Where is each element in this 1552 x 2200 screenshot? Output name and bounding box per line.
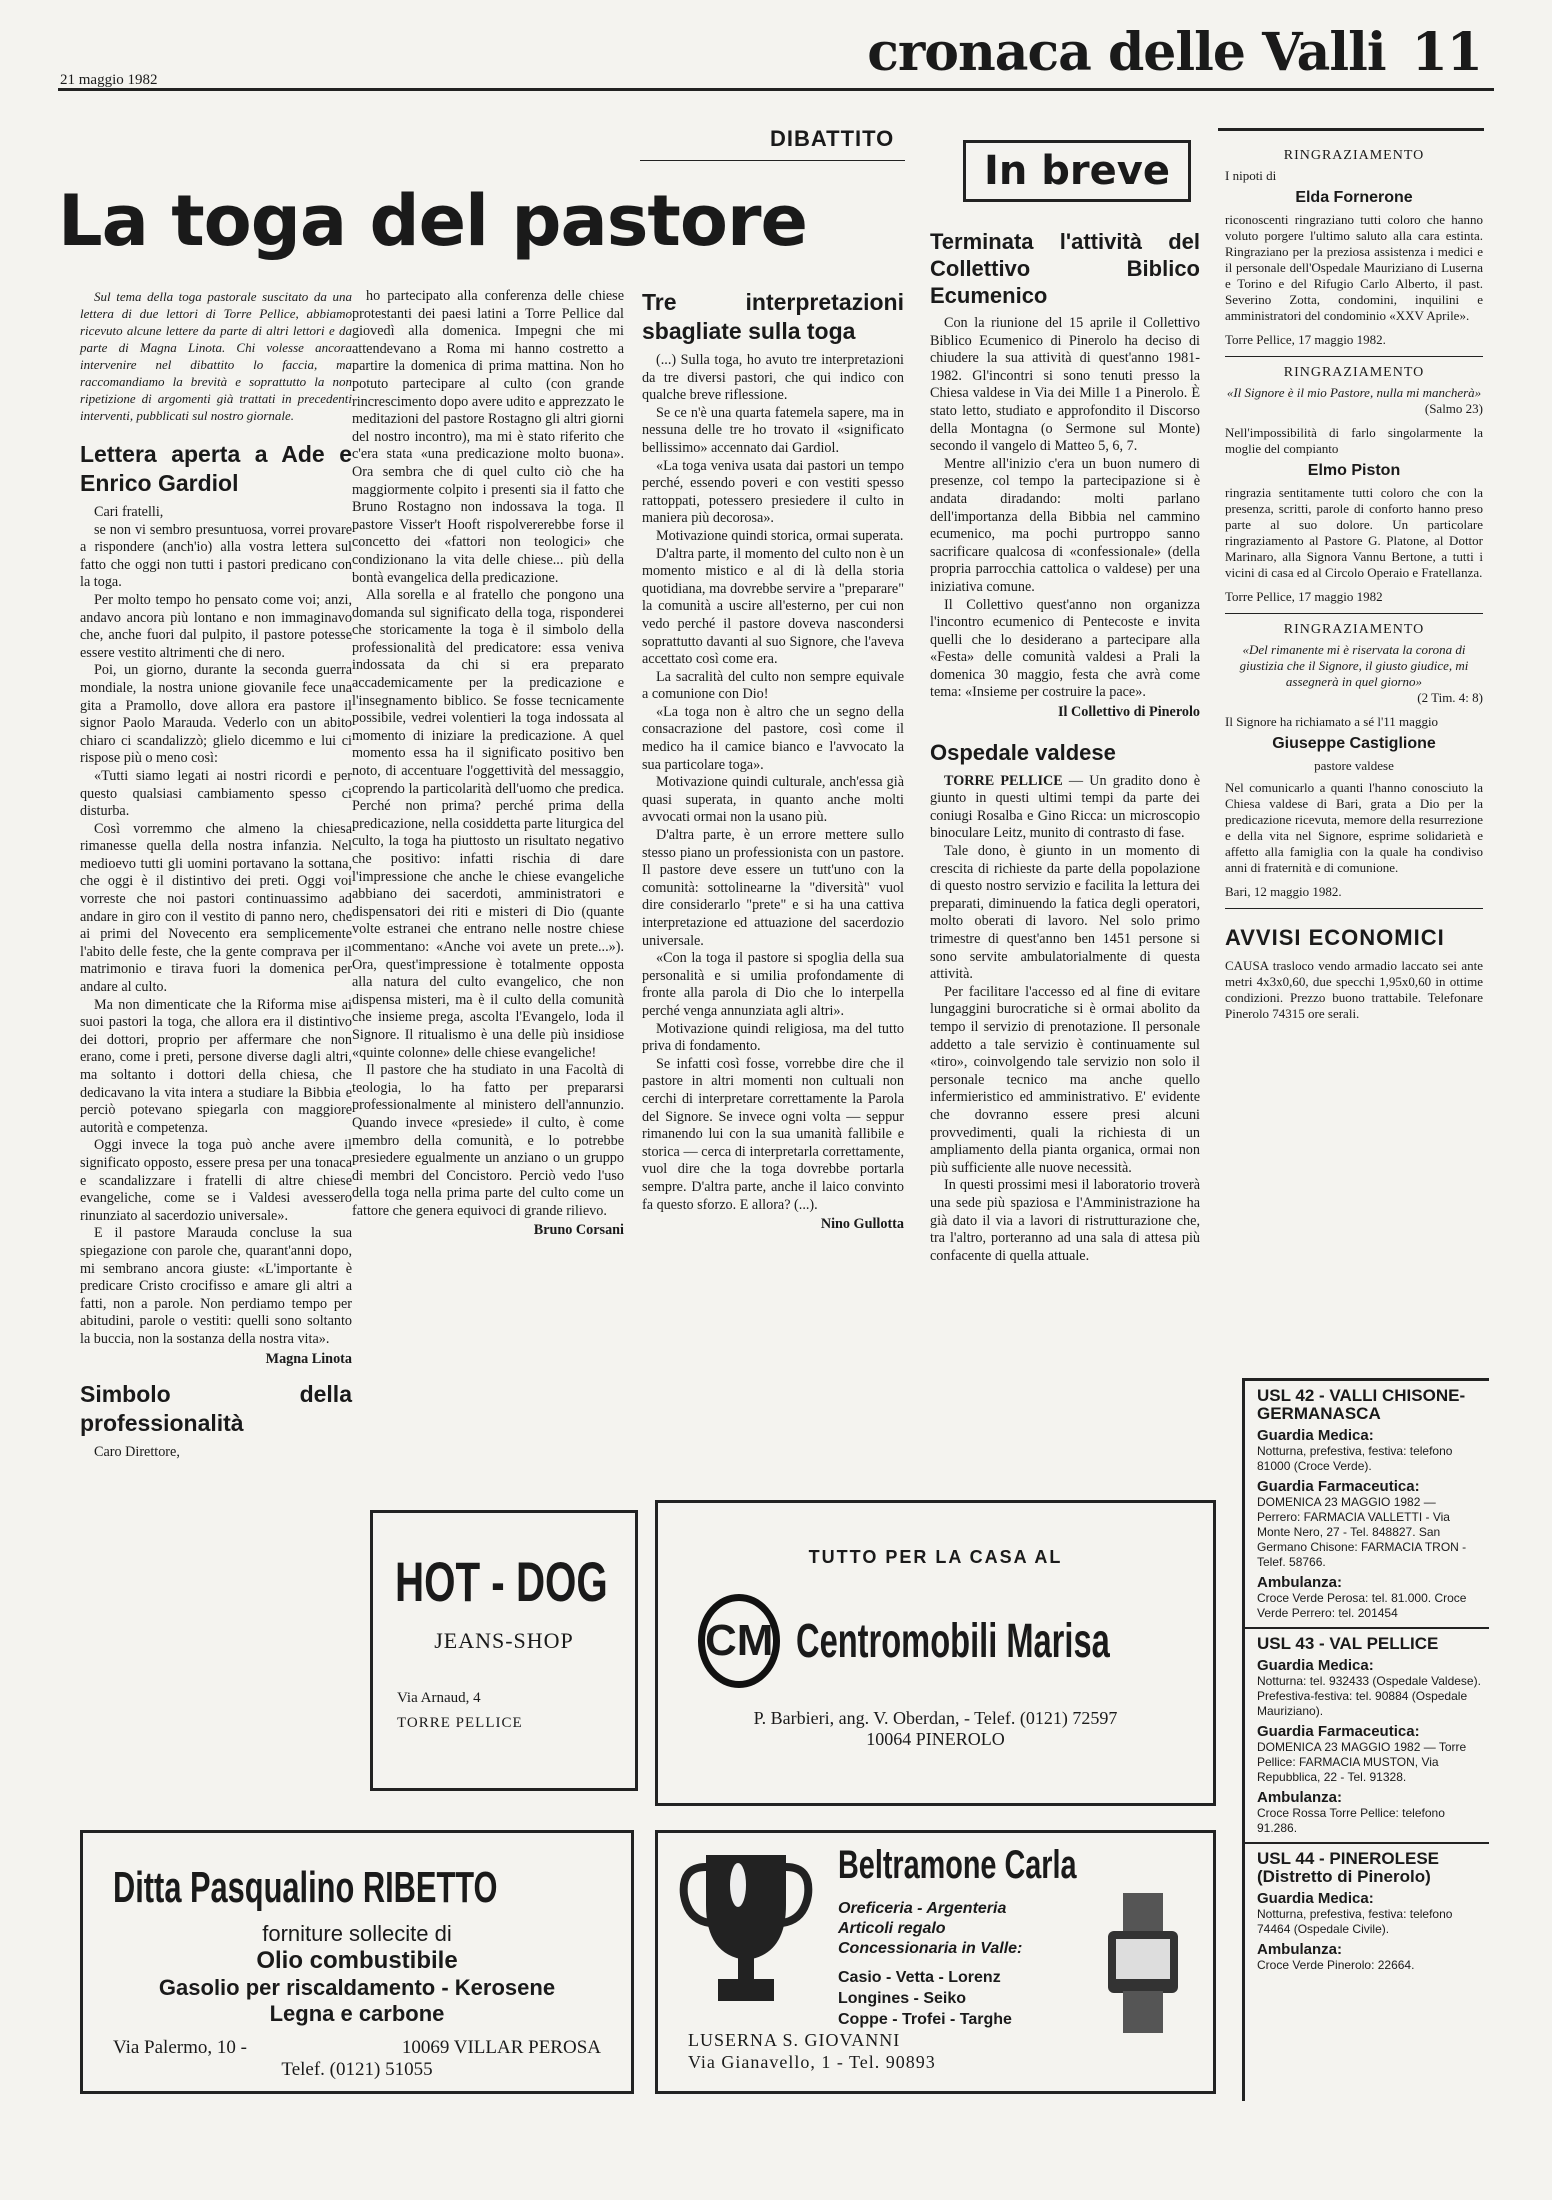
avvisi-title: AVVISI ECONOMICI bbox=[1225, 923, 1483, 952]
paragraph: Se infatti così fosse, vorrebbe dire che… bbox=[642, 1056, 904, 1214]
ringraziamento-intro: Il Signore ha richiamato a sé l'11 maggi… bbox=[1225, 714, 1483, 730]
divider bbox=[1225, 613, 1483, 614]
paragraph: ho partecipato alla conferenza delle chi… bbox=[352, 288, 624, 587]
intro-text: Sul tema della toga pastorale suscitato … bbox=[80, 288, 352, 424]
usl-label: Ambulanza: bbox=[1257, 1941, 1481, 1958]
ringraziamento-intro: Nell'impossibilità di farlo singolarment… bbox=[1225, 425, 1483, 457]
paragraph: Il pastore che ha studiato in una Facolt… bbox=[352, 1062, 624, 1220]
paragraph: Per facilitare l'accesso ed al fine di e… bbox=[930, 984, 1200, 1178]
ringraziamento-1: RINGRAZIAMENTO I nipoti di Elda Forneron… bbox=[1225, 148, 1483, 348]
paragraph: Alla sorella e al fratello che pongono u… bbox=[352, 587, 624, 1062]
paragraph: D'altra parte, il momento del culto non … bbox=[642, 546, 904, 669]
ringraziamento-text: Nel comunicarlo a quanti l'hanno conosci… bbox=[1225, 780, 1483, 876]
section-rule bbox=[640, 160, 905, 161]
paragraph: Tale dono, è giunto in un momento di cre… bbox=[930, 843, 1200, 984]
ad-centromobili-name: Centromobili Marisa bbox=[796, 1614, 1110, 1669]
ad-ribetto-address: Via Palermo, 10 - bbox=[113, 2037, 247, 2059]
ringraziamento-2: RINGRAZIAMENTO «Il Signore è il mio Past… bbox=[1225, 365, 1483, 605]
usl-label: Guardia Medica: bbox=[1257, 1657, 1481, 1674]
trophy-icon bbox=[676, 1845, 816, 2015]
paragraph: «Tutti siamo legati ai nostri ricordi e … bbox=[80, 768, 352, 821]
quote-ref: (Salmo 23) bbox=[1225, 401, 1483, 417]
usl-title: USL 44 - PINEROLESE (Distretto di Pinero… bbox=[1257, 1850, 1481, 1886]
ringraziamento-heading: RINGRAZIAMENTO bbox=[1225, 365, 1483, 381]
ad-centromobili-address: P. Barbieri, ang. V. Oberdan, - Telef. (… bbox=[658, 1708, 1213, 1729]
column-3: Tre interpretazioni sbagliate sulla toga… bbox=[642, 288, 904, 1242]
ad-ribetto-phone: Telef. (0121) 51055 bbox=[83, 2059, 631, 2081]
letter1-title: Lettera aperta a Ade e Enrico Gardiol bbox=[80, 440, 352, 498]
ringraziamento-text: riconoscenti ringraziano tutti coloro ch… bbox=[1225, 212, 1483, 324]
masthead: cronaca delle Valli11 bbox=[867, 22, 1482, 83]
paragraph: Cari fratelli, bbox=[80, 504, 352, 522]
column-ringraziamenti: RINGRAZIAMENTO I nipoti di Elda Forneron… bbox=[1225, 140, 1483, 1022]
paragraph: La sacralità del culto non sempre equiva… bbox=[642, 669, 904, 704]
paragraph: D'altra parte, è un errore mettere sullo… bbox=[642, 827, 904, 950]
column-1: Sul tema della toga pastorale suscitato … bbox=[80, 288, 352, 1462]
column-2: ho partecipato alla conferenza delle chi… bbox=[352, 288, 624, 1248]
ad-hotdog-title: HOT - DOG bbox=[395, 1549, 568, 1614]
usl-text: Notturna: tel. 932433 (Ospedale Valdese)… bbox=[1257, 1674, 1481, 1719]
cm-logo-icon: CM bbox=[698, 1594, 780, 1688]
paragraph: Motivazione quindi religiosa, ma del tut… bbox=[642, 1021, 904, 1056]
usl-label: Guardia Farmaceutica: bbox=[1257, 1478, 1481, 1495]
bible-quote: «Del rimanente mi è riservata la corona … bbox=[1225, 642, 1483, 690]
ringraziamento-heading: RINGRAZIAMENTO bbox=[1225, 148, 1483, 164]
signature: Nino Gullotta bbox=[642, 1216, 904, 1234]
paragraph: se non vi sembro presuntuosa, vorrei pro… bbox=[80, 522, 352, 592]
usl-text: Croce Verde Perosa: tel. 81.000. Croce V… bbox=[1257, 1591, 1481, 1621]
ad-ribetto-line4: Legna e carbone bbox=[83, 2001, 631, 2027]
paragraph: «La toga non è altro che un segno della … bbox=[642, 704, 904, 774]
paragraph: E il pastore Marauda concluse la sua spi… bbox=[80, 1225, 352, 1348]
ad-beltramone-city: LUSERNA S. GIOVANNI bbox=[688, 2029, 936, 2051]
letter2-title: Simbolo della professionalità bbox=[80, 1380, 352, 1438]
paragraph: Con la riunione del 15 aprile il Collett… bbox=[930, 315, 1200, 456]
ad-ribetto-city: 10069 VILLAR PEROSA bbox=[402, 2037, 601, 2059]
ad-ribetto: Ditta Pasqualino RIBETTO forniture solle… bbox=[80, 1830, 634, 2094]
paragraph: Se ce n'è una quarta fatemela sapere, ma… bbox=[642, 405, 904, 458]
page-number: 11 bbox=[1412, 22, 1482, 83]
ad-hotdog: HOT - DOG JEANS-SHOP Via Arnaud, 4 TORRE… bbox=[370, 1510, 638, 1791]
ad-ribetto-line3: Gasolio per riscaldamento - Kerosene bbox=[83, 1975, 631, 2001]
masthead-title: cronaca delle Valli bbox=[867, 22, 1385, 83]
ad-beltramone-brands3: Coppe - Trofei - Targhe bbox=[838, 2009, 1012, 2030]
paragraph: Caro Direttore, bbox=[80, 1444, 352, 1462]
watch-icon bbox=[1098, 1893, 1188, 2033]
right-col-rule bbox=[1218, 128, 1484, 131]
avvisi-text: CAUSA trasloco vendo armadio laccato sei… bbox=[1225, 958, 1483, 1022]
in-breve-item2-title: Ospedale valdese bbox=[930, 738, 1200, 767]
ad-centromobili-tagline: TUTTO PER LA CASA AL bbox=[658, 1547, 1213, 1568]
signature: Magna Linota bbox=[80, 1351, 352, 1369]
deceased-role: pastore valdese bbox=[1225, 758, 1483, 774]
paragraph: Per molto tempo ho pensato come voi; anz… bbox=[80, 592, 352, 662]
ad-beltramone: Beltramone Carla Oreficeria - Argenteria… bbox=[655, 1830, 1216, 2094]
place-date: Bari, 12 maggio 1982. bbox=[1225, 884, 1483, 900]
paragraph: «Con la toga il pastore si spoglia della… bbox=[642, 950, 904, 1020]
ad-centromobili: TUTTO PER LA CASA AL CM Centromobili Mar… bbox=[655, 1500, 1216, 1806]
usl-text: Croce Verde Pinerolo: 22664. bbox=[1257, 1958, 1481, 1973]
ad-hotdog-city: TORRE PELLICE bbox=[397, 1715, 635, 1732]
paragraph: Così vorremmo che almeno la chiesa riman… bbox=[80, 821, 352, 997]
issue-date: 21 maggio 1982 bbox=[60, 72, 158, 89]
usl-43: USL 43 - VAL PELLICE Guardia Medica: Not… bbox=[1245, 1629, 1489, 1844]
paragraph: Ma non dimenticate che la Riforma mise a… bbox=[80, 997, 352, 1138]
usl-text: Notturna, prefestiva, festiva: telefono … bbox=[1257, 1907, 1481, 1937]
letter3-title: Tre interpretazioni sbagliate sulla toga bbox=[642, 288, 904, 346]
ad-hotdog-address: Via Arnaud, 4 bbox=[397, 1690, 635, 1707]
bible-quote: «Il Signore è il mio Pastore, nulla mi m… bbox=[1225, 385, 1483, 401]
usl-label: Guardia Medica: bbox=[1257, 1427, 1481, 1444]
usl-title: USL 43 - VAL PELLICE bbox=[1257, 1635, 1481, 1653]
ringraziamento-intro: I nipoti di bbox=[1225, 168, 1483, 184]
ad-beltramone-brands2: Longines - Seiko bbox=[838, 1988, 1012, 2009]
paragraph: Il Collettivo quest'anno non organizza l… bbox=[930, 597, 1200, 703]
ringraziamento-3: RINGRAZIAMENTO «Del rimanente mi è riser… bbox=[1225, 622, 1483, 900]
place-date: Torre Pellice, 17 maggio 1982 bbox=[1225, 589, 1483, 605]
deceased-name: Elda Fornerone bbox=[1225, 190, 1483, 206]
usl-label: Ambulanza: bbox=[1257, 1789, 1481, 1806]
divider bbox=[1225, 908, 1483, 909]
ad-beltramone-title: Beltramone Carla bbox=[838, 1843, 1076, 1888]
in-breve-item1-title: Terminata l'attività del Collettivo Bibl… bbox=[930, 228, 1200, 309]
usl-text: Notturna, prefestiva, festiva: telefono … bbox=[1257, 1444, 1481, 1474]
headline: La toga del pastore bbox=[58, 180, 807, 262]
in-breve-title: In breve bbox=[963, 140, 1191, 202]
place-date: Torre Pellice, 17 maggio 1982. bbox=[1225, 332, 1483, 348]
usl-label: Guardia Farmaceutica: bbox=[1257, 1723, 1481, 1740]
deceased-name: Giuseppe Castiglione bbox=[1225, 736, 1483, 752]
dateline: TORRE PELLICE bbox=[944, 773, 1063, 789]
ad-centromobili-city: 10064 PINEROLO bbox=[658, 1729, 1213, 1750]
signature: Il Collettivo di Pinerolo bbox=[930, 704, 1200, 722]
ad-hotdog-subtitle: JEANS-SHOP bbox=[373, 1628, 635, 1654]
usl-text: Croce Rossa Torre Pellice: telefono 91.2… bbox=[1257, 1806, 1481, 1836]
usl-label: Guardia Medica: bbox=[1257, 1890, 1481, 1907]
ad-beltramone-line2: Articoli regalo bbox=[838, 1919, 1022, 1939]
usl-label: Ambulanza: bbox=[1257, 1574, 1481, 1591]
divider bbox=[1225, 356, 1483, 357]
paragraph: In questi prossimi mesi il laboratorio t… bbox=[930, 1177, 1200, 1265]
ad-beltramone-address: Via Gianavello, 1 - Tel. 90893 bbox=[688, 2051, 936, 2073]
usl-42: USL 42 - VALLI CHISONE-GERMANASCA Guardi… bbox=[1245, 1381, 1489, 1629]
ad-ribetto-title: Ditta Pasqualino RIBETTO bbox=[113, 1863, 476, 1913]
usl-box: USL 42 - VALLI CHISONE-GERMANASCA Guardi… bbox=[1242, 1378, 1489, 2101]
ad-ribetto-line2: Olio combustibile bbox=[83, 1947, 631, 1975]
paragraph: Motivazione quindi storica, ormai supera… bbox=[642, 528, 904, 546]
signature: Bruno Corsani bbox=[352, 1222, 624, 1240]
deceased-name: Elmo Piston bbox=[1225, 463, 1483, 479]
usl-44: USL 44 - PINEROLESE (Distretto di Pinero… bbox=[1245, 1844, 1489, 1979]
ad-ribetto-line1: forniture sollecite di bbox=[83, 1921, 631, 1947]
paragraph: Oggi invece la toga può anche avere il s… bbox=[80, 1137, 352, 1225]
usl-text: DOMENICA 23 MAGGIO 1982 — Torre Pellice:… bbox=[1257, 1740, 1481, 1785]
ringraziamento-heading: RINGRAZIAMENTO bbox=[1225, 622, 1483, 638]
ad-beltramone-line1: Oreficeria - Argenteria bbox=[838, 1899, 1022, 1919]
paragraph: Poi, un giorno, durante la seconda guerr… bbox=[80, 662, 352, 768]
paragraph: Mentre all'inizio c'era un buon numero d… bbox=[930, 456, 1200, 597]
paragraph: Motivazione quindi culturale, anch'essa … bbox=[642, 774, 904, 827]
section-label: DIBATTITO bbox=[770, 126, 894, 152]
paragraph: (...) Sulla toga, ho avuto tre interpret… bbox=[642, 352, 904, 405]
ad-beltramone-brands1: Casio - Vetta - Lorenz bbox=[838, 1967, 1012, 1988]
column-in-breve: Terminata l'attività del Collettivo Bibl… bbox=[930, 228, 1200, 1265]
usl-title: USL 42 - VALLI CHISONE-GERMANASCA bbox=[1257, 1387, 1481, 1423]
usl-text: DOMENICA 23 MAGGIO 1982 — Perrero: FARMA… bbox=[1257, 1495, 1481, 1570]
paragraph: «La toga veniva usata dai pastori un tem… bbox=[642, 458, 904, 528]
ad-beltramone-line3: Concessionaria in Valle: bbox=[838, 1939, 1022, 1959]
header-rule bbox=[58, 88, 1494, 91]
quote-ref: (2 Tim. 4: 8) bbox=[1225, 690, 1483, 706]
ringraziamento-text: ringrazia sentitamente tutti coloro che … bbox=[1225, 485, 1483, 581]
